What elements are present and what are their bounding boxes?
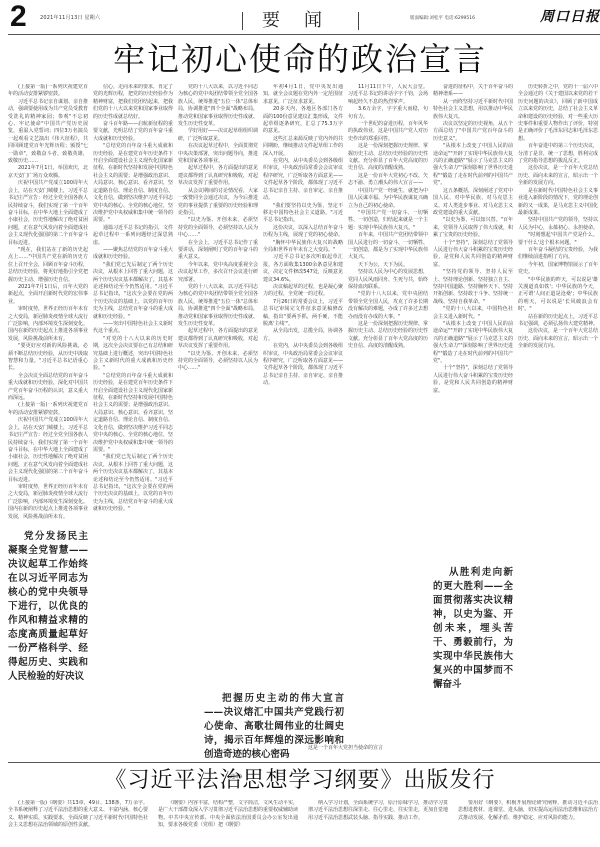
paragraph: 要用好《纲要》，积极开展理论研究阐释，推动习近平法治思想进教材、进课堂、进头脑，… xyxy=(458,800,598,822)
paragraph: (上接第一版)《纲要》共13章、49目、138条，7万余字。全书系统阐释了习近平… xyxy=(8,800,148,830)
paragraph: 这份决议，是一个百年大党总结历史、面向未来的宣言，昭示出一个全新的发展方向。 xyxy=(518,328,598,350)
editor-info: 版面编辑:刘松平 电话:6299516 xyxy=(410,15,475,21)
paragraph: 这些汇总来源反映了党内外的共同期盼，继续推动文件起草组工作的深入开展。 xyxy=(263,136,343,158)
paragraph: 学好用好——决议起草组组织调研，广泛听取意见。 xyxy=(178,128,258,143)
newspaper-masthead: 周口日报 xyxy=(540,6,600,26)
paragraph: 通篇习近平总书记的指引，文件起草过程中一系列问题经过深思熟虑。 xyxy=(93,225,173,247)
paragraph: 中国共产党一经诞生，就把为中国人民谋幸福、为中华民族谋复兴确立为自己的初心使命。 xyxy=(348,188,428,210)
paragraph: 审时度势，世界正经历百年未有之大变局，新冠肺炎疫情全球大流行广泛影响，内部环境发… xyxy=(8,306,88,343)
paragraph: "中国共产党一切奋斗、一切牺牲、一切创造，归结起来就是一个主题：实现中华民族伟大… xyxy=(348,210,428,232)
paragraph: ——聚焦总结党的百年奋斗重大成就和历史经验。 xyxy=(93,247,173,262)
paragraph: 起草过程中，各方面提出的意见建议都得到了认真研究和吸收，对起草决议发挥了重要作用… xyxy=(178,328,258,350)
paragraph: "以史为鉴，可以知兴替。"百年来，党领导人民取得了伟大成就，积累了宝贵的历史经验… xyxy=(433,217,513,239)
paragraph: 决议以坚定的历史视角，从五个方面总结了"中国共产党百年奋斗的历史意义"。 xyxy=(433,121,513,143)
paragraph: 在全会上，习近平总书记作了重要讲话，深刻阐明了党的百年奋斗的重大意义。 xyxy=(178,240,258,262)
header-divider xyxy=(358,12,359,30)
article-column: 纳入学习计划，全面系统学习，原汁原味学习，推动学习贯彻习近平法治思想往深里走、往… xyxy=(308,800,448,847)
paragraph: 决议稿起草的过程，也是凝心聚力的过程，全党统一的过程。 xyxy=(263,284,343,299)
paragraph: "从根本上改变了中国人民的前途命运""开辟了实现中华民族伟大复兴的正确道路""展… xyxy=(433,321,513,365)
paragraph: 十个"坚持"，深刻总结了党领导人民进行伟大奋斗积累的宝贵历史经验，是党和人民共同… xyxy=(433,365,513,395)
section-title: 要闻 xyxy=(262,6,346,32)
article-separator xyxy=(8,762,600,763)
paragraph: 坚持中国共产党的领导，坚持以人民为中心，永葆初心、永担使命。 xyxy=(518,217,598,232)
paragraph: "总结党的百年奋斗重大成就和历史经验，是在建党百年历史条件下开启全面建设社会主义… xyxy=(93,373,173,454)
second-headline: 《习近平法治思想学习纲要》出版发行 xyxy=(0,768,600,794)
paragraph: 十个"坚持"，深刻总结了党领导人民进行伟大奋斗积累的宝贵历史经验，是党和人民共同… xyxy=(433,240,513,270)
paragraph: "以史为鉴、开创未来，必须坚持党的全面领导，必须坚持以人民为中心……" xyxy=(178,351,258,373)
article-column: 信心，走向未来的要求，肯定了党的光辉历程，把党的历史经验作为精神财富，把我们党团… xyxy=(93,84,173,754)
paragraph: "从根本上改变了中国人民的前途命运""开辟了实现中华民族伟大复兴的正确道路""展… xyxy=(433,143,513,187)
paragraph: "我们要坚持以史为鉴，坚定不移走中国特色社会主义道路。"习近平总书记指出。 xyxy=(263,203,343,225)
paragraph: 2021年7月1日后，百年大党的新起点，全面开启新时代党的宏伟事业。 xyxy=(8,284,88,306)
main-headline: 牢记初心使命的政治宣言 xyxy=(0,40,600,78)
paragraph: "胸怀中华民族伟大复兴的战略全局和世界百年未有之大变局。" xyxy=(263,240,343,255)
main-article-body: (上接第一版)一系列庆祝建党百年的活动安排紧锣密鼓。 习近平总书记亲自谋划、亲自… xyxy=(8,84,600,754)
paragraph: 这份决议，以深入总结百年奋斗历程为主线，展现了党的初心使命。 xyxy=(263,225,343,240)
paragraph: 习近平总书记多次听取起草汇报，各方面收集1300余条意见和建议，决定文件修改54… xyxy=(263,254,343,284)
paragraph: 信心，走向未来的要求，肯定了党的光辉历程，把党的历史经验作为精神财富，把我们党团… xyxy=(93,84,173,121)
paragraph: 审时度势，世界正经历百年未有之大变局，新冠肺炎疫情全球大流行广泛影响，内部环境发… xyxy=(8,484,88,521)
page-header: 2 2021年11月13日 星期六 要闻 版面编辑:刘松平 电话:6299516… xyxy=(0,0,600,34)
paragraph: 纳入学习计划，全面系统学习，原汁原味学习，推动学习贯彻习近平法治思想往深里走、往… xyxy=(308,800,448,822)
paragraph: "总结党的百年奋斗重大成就和历史经验，是在建党百年历史条件下开启全面建设社会主义… xyxy=(93,143,173,224)
paragraph: "坚持党的领导、坚持人民至上、坚持理论创新、坚持独立自主、坚持中国道路、坚持胸怀… xyxy=(433,269,513,306)
paragraph: "党的十八大以来，党中央团结带领全党全国人民，攻克了许多长期没有解决的难题，办成… xyxy=(348,291,428,321)
paragraph: 11月11日下午，人民大会堂。习近平总书记的讲话字字千钧，会场响起经久不息的热烈… xyxy=(348,84,428,106)
article-column: 历史转折之中，党的十一届六中全会通过的《关于建国以来党的若干历史问题的决议》，回… xyxy=(518,84,598,754)
paragraph: 站在新的历史起点上，习近平总书记强调，必须弘扬伟大建党精神。 xyxy=(518,314,598,329)
paragraph: 这是一份深刻把握历史规律、掌握历史主动、总结历史经验的历史性文献。充分彰显了百年… xyxy=(348,143,428,173)
paragraph: 7月26日的常委会议上，习近平总书记审阅完文件征求意见稿修改稿，指出"要两手抓，… xyxy=(263,299,343,329)
paragraph: "时刻想起'中国共产党是什么、要干什么'这个根本问题。" xyxy=(518,232,598,247)
paragraph: 从会议期间的讨论情况看，大家一致赞同全会通过决议，为今后推进党的事业提供了重要的… xyxy=(178,188,258,218)
paragraph: 20多天内，各地区各部门各方面的100份意见建议汇集形成，文件起草组逐条研究，汇… xyxy=(263,106,343,136)
paragraph: "对党的十八大以来的历史时期，这次全会决议要在已有总结和研究基础上进行概述，突出… xyxy=(93,336,173,373)
paragraph: (上接第一版)一系列庆祝建党百年的活动安排紧锣密鼓。 xyxy=(8,84,88,99)
article-column: 11月11日下午，人民大会堂。习近平总书记的讲话字字千钧，会场响起经久不息的热烈… xyxy=(348,84,428,754)
paragraph: "党的十八大以来，中国特色社会主义进入新时代。" xyxy=(433,306,513,321)
paragraph: 全会决议全面总结党的百年奋斗重大成就和历史经验，深化对中国共产党百年奋斗历程的认… xyxy=(8,373,88,403)
paragraph: ——突出中国特色社会主义新时代这个重点。 xyxy=(93,321,173,336)
paragraph: 习近平总书记亲自谋划、亲自推动，强调要使用成为共产党员受教育受洗礼的精神家园；参… xyxy=(8,99,88,166)
paragraph: 历史转折之中，党的十一届六中全会通过的《关于建国以来党的若干历史问题的决议》，回… xyxy=(518,84,598,143)
subhead-text: 党分发扬民主 凝聚全党智慧——决议起草工作始终在以习近平同志为核心的党中央领导下… xyxy=(8,530,88,684)
page-number: 2 xyxy=(10,2,27,32)
paragraph: 今年以来，党中央高度重视全会决议起草工作，多次召开会议进行研究部署。 xyxy=(178,262,258,284)
paragraph: 这是一份百年大党初心不改、矢志不渝、勇立潮头的伟大宣言—— xyxy=(348,173,428,188)
paragraph: 2021年7月1日，举国欢庆，北京天安门广场万众欢腾。 xyxy=(8,165,88,180)
paragraph: "现在，我们站在了新的历史起点上……"中国共产党在新的历史方位上召开全会，回顾百… xyxy=(8,247,88,284)
article-column: 要用好《纲要》，积极开展理论研究阐释，推动习近平法治思想进教材、进课堂、进头脑，… xyxy=(458,800,598,847)
article-column: 党的十八大以来，以习近平同志为核心的党中央团结带领全党全国各族人民，统筹推进"五… xyxy=(178,84,258,754)
second-article-body: (上接第一版)《纲要》共13章、49目、138条，7万余字。全书系统阐释了习近平… xyxy=(8,800,600,847)
paragraph: 在决议起草过程中，全面贯彻党中央决策部署，突出问题导向，推进党和国家各项事业。 xyxy=(178,143,258,165)
paragraph: (上接第一版)一系列庆祝建党百年的活动安排紧锣密鼓。 xyxy=(8,402,88,417)
header-divider xyxy=(242,12,243,30)
paragraph: 起草过程中，各方面提出的意见建议都得到了认真研究和吸收，对起草决议发挥了重要作用… xyxy=(178,165,258,187)
paragraph: 从全局出发，总揽全局，协调各方。 xyxy=(263,328,343,343)
paragraph: 在党内，从中央委员会到各级组织审议，中央政治局常委会会议审议程序研究，广泛听取各… xyxy=(263,158,343,202)
paragraph: "我们党已先后制定了两个历史决议，从根本上回答了重大问题，这两个历史决议基本都解… xyxy=(93,454,173,513)
paragraph: 党的十八大以来，以习近平同志为核心的党中央团结带领全党全国各族人民，统筹推进"五… xyxy=(178,284,258,328)
paragraph: 奋斗百年路——启航新征程的重要文献，光明总结了党的百年奋斗重大成就和历史经验。 xyxy=(93,121,173,143)
paragraph: "以史为鉴、开创未来，必须坚持党的全面领导，必须坚持以人民为中心……" xyxy=(178,217,258,239)
paragraph: 今年初，国家博物馆展示了百年党史。 xyxy=(518,262,598,277)
subhead-right: 从胜利走向新的更大胜利——全面贯彻落实决议精神，以史为鉴、开创未来，埋头苦干、勇… xyxy=(433,562,513,698)
paragraph: 一个世纪的奋进历程，百年风华的执政伟业，这是中国共产党人对历史作出的郑重回答。 xyxy=(348,121,428,143)
paragraph: "我们党已先后制定了两个历史决议，从根本上回答了重大问题，这两个历史决议基本都解… xyxy=(93,262,173,321)
paragraph: 这份决议，是一个百年大党总结历史、面向未来的宣言，昭示出一个全新的发展方向。 xyxy=(518,165,598,187)
paragraph: 年初4月1日，党中央发出通知，就全会议题在党内外一定范围征求意见，广泛征求意见。 xyxy=(263,84,343,106)
issue-date: 2021年11月13日 星期六 xyxy=(40,14,100,21)
paragraph: 在党内，从中央委员会到各级组织审议，中央政治局常委会会议审议程序研究，广泛听取各… xyxy=(263,343,343,387)
paragraph: 百年来，中国共产党团结带领中国人民进行的一切奋斗、一切牺牲、一切创造，都是为了实… xyxy=(348,232,428,262)
paragraph: 从一而终坚持习近平新时代中国特色社会主义思想，用以推动中华民族伟大复兴。 xyxy=(433,99,513,121)
paragraph: 这五条概括，深刻阐述了党对中国人民、对中华民族、对马克思主义、对人类进步事业、对… xyxy=(433,188,513,218)
paragraph: 《纲要》内容丰富，结构严整，文字简洁，文风生动平实，是广大干部群众深入学习贯彻习… xyxy=(158,800,298,830)
paragraph: 这是一份深刻把握历史规律、掌握历史主动、总结历史经验的历史性文献。充分彰显了百年… xyxy=(348,321,428,351)
paragraph: 坚持以人民为中心的发展思想，党同人民风雨同舟、生死与共，始终保持血肉联系。 xyxy=(348,269,428,291)
paragraph: 是在新时代中国特色社会主义事业进入新阶段的情况下，党的理论创新的又一成果，是马克… xyxy=(518,188,598,218)
closing-line: 这是一个百年大党担当使命的宣言 xyxy=(288,744,418,751)
paragraph: 3.6万余字，字字重大而稳，句句有力。 xyxy=(348,106,428,121)
paragraph: 奋进的征程中，关于百年奋斗的精神谱系—— xyxy=(433,84,513,99)
subhead-text: 从胜利走向新的更大胜利——全面贯彻落实决议精神，以史为鉴、开创未来，埋头苦干、勇… xyxy=(433,566,513,692)
article-column: 年初4月1日，党中央发出通知，就全会议题在党内外一定范围征求意见，广泛征求意见。… xyxy=(263,84,343,754)
subhead-left: 党分发扬民主 凝聚全党智慧——决议起草工作始终在以习近平同志为核心的党中央领导下… xyxy=(8,526,88,690)
paragraph: "要更好应对新的风险挑战，必须不断总结历史经验，从历史中汲取智慧和力量。"习近平… xyxy=(8,343,88,373)
paragraph: 庆祝中国共产党成立100周年大会上，站在天安门城楼上，习近平总书记庄严宣告：经过… xyxy=(8,417,88,484)
paragraph: 百年奋斗凝结的宝贵经验，为我们继续前进指明了方向。 xyxy=(518,247,598,262)
paragraph: 百年奋进中的第三个历史决议，分清了是非，统一了思想，胜利完成了党的指导思想的拨乱… xyxy=(518,143,598,165)
article-column: (上接第一版)《纲要》共13章、49目、138条，7万余字。全书系统阐释了习近平… xyxy=(8,800,148,847)
paragraph: 庆祝中国共产党成立100周年大会上，站在天安门城楼上，习近平总书记庄严宣告：经过… xyxy=(8,180,88,247)
article-column: 《纲要》内容丰富，结构严整，文字简洁，文风生动平实，是广大干部群众深入学习贯彻习… xyxy=(158,800,298,847)
pull-quote-text: 把握历史主动的伟大宣言——决议熔汇中国共产党践行初心使命、高歌壮阔伟业的壮阔史诗… xyxy=(204,692,344,762)
header-rule xyxy=(8,34,600,35)
paragraph: 党的十八大以来，以习近平同志为核心的党中央团结带领全党全国各族人民，统筹推进"五… xyxy=(178,84,258,128)
paragraph: "中华民族的昨天，可以说是'雄关漫道真如铁'；中华民族的今天，正可谓'人间正道是… xyxy=(518,277,598,314)
